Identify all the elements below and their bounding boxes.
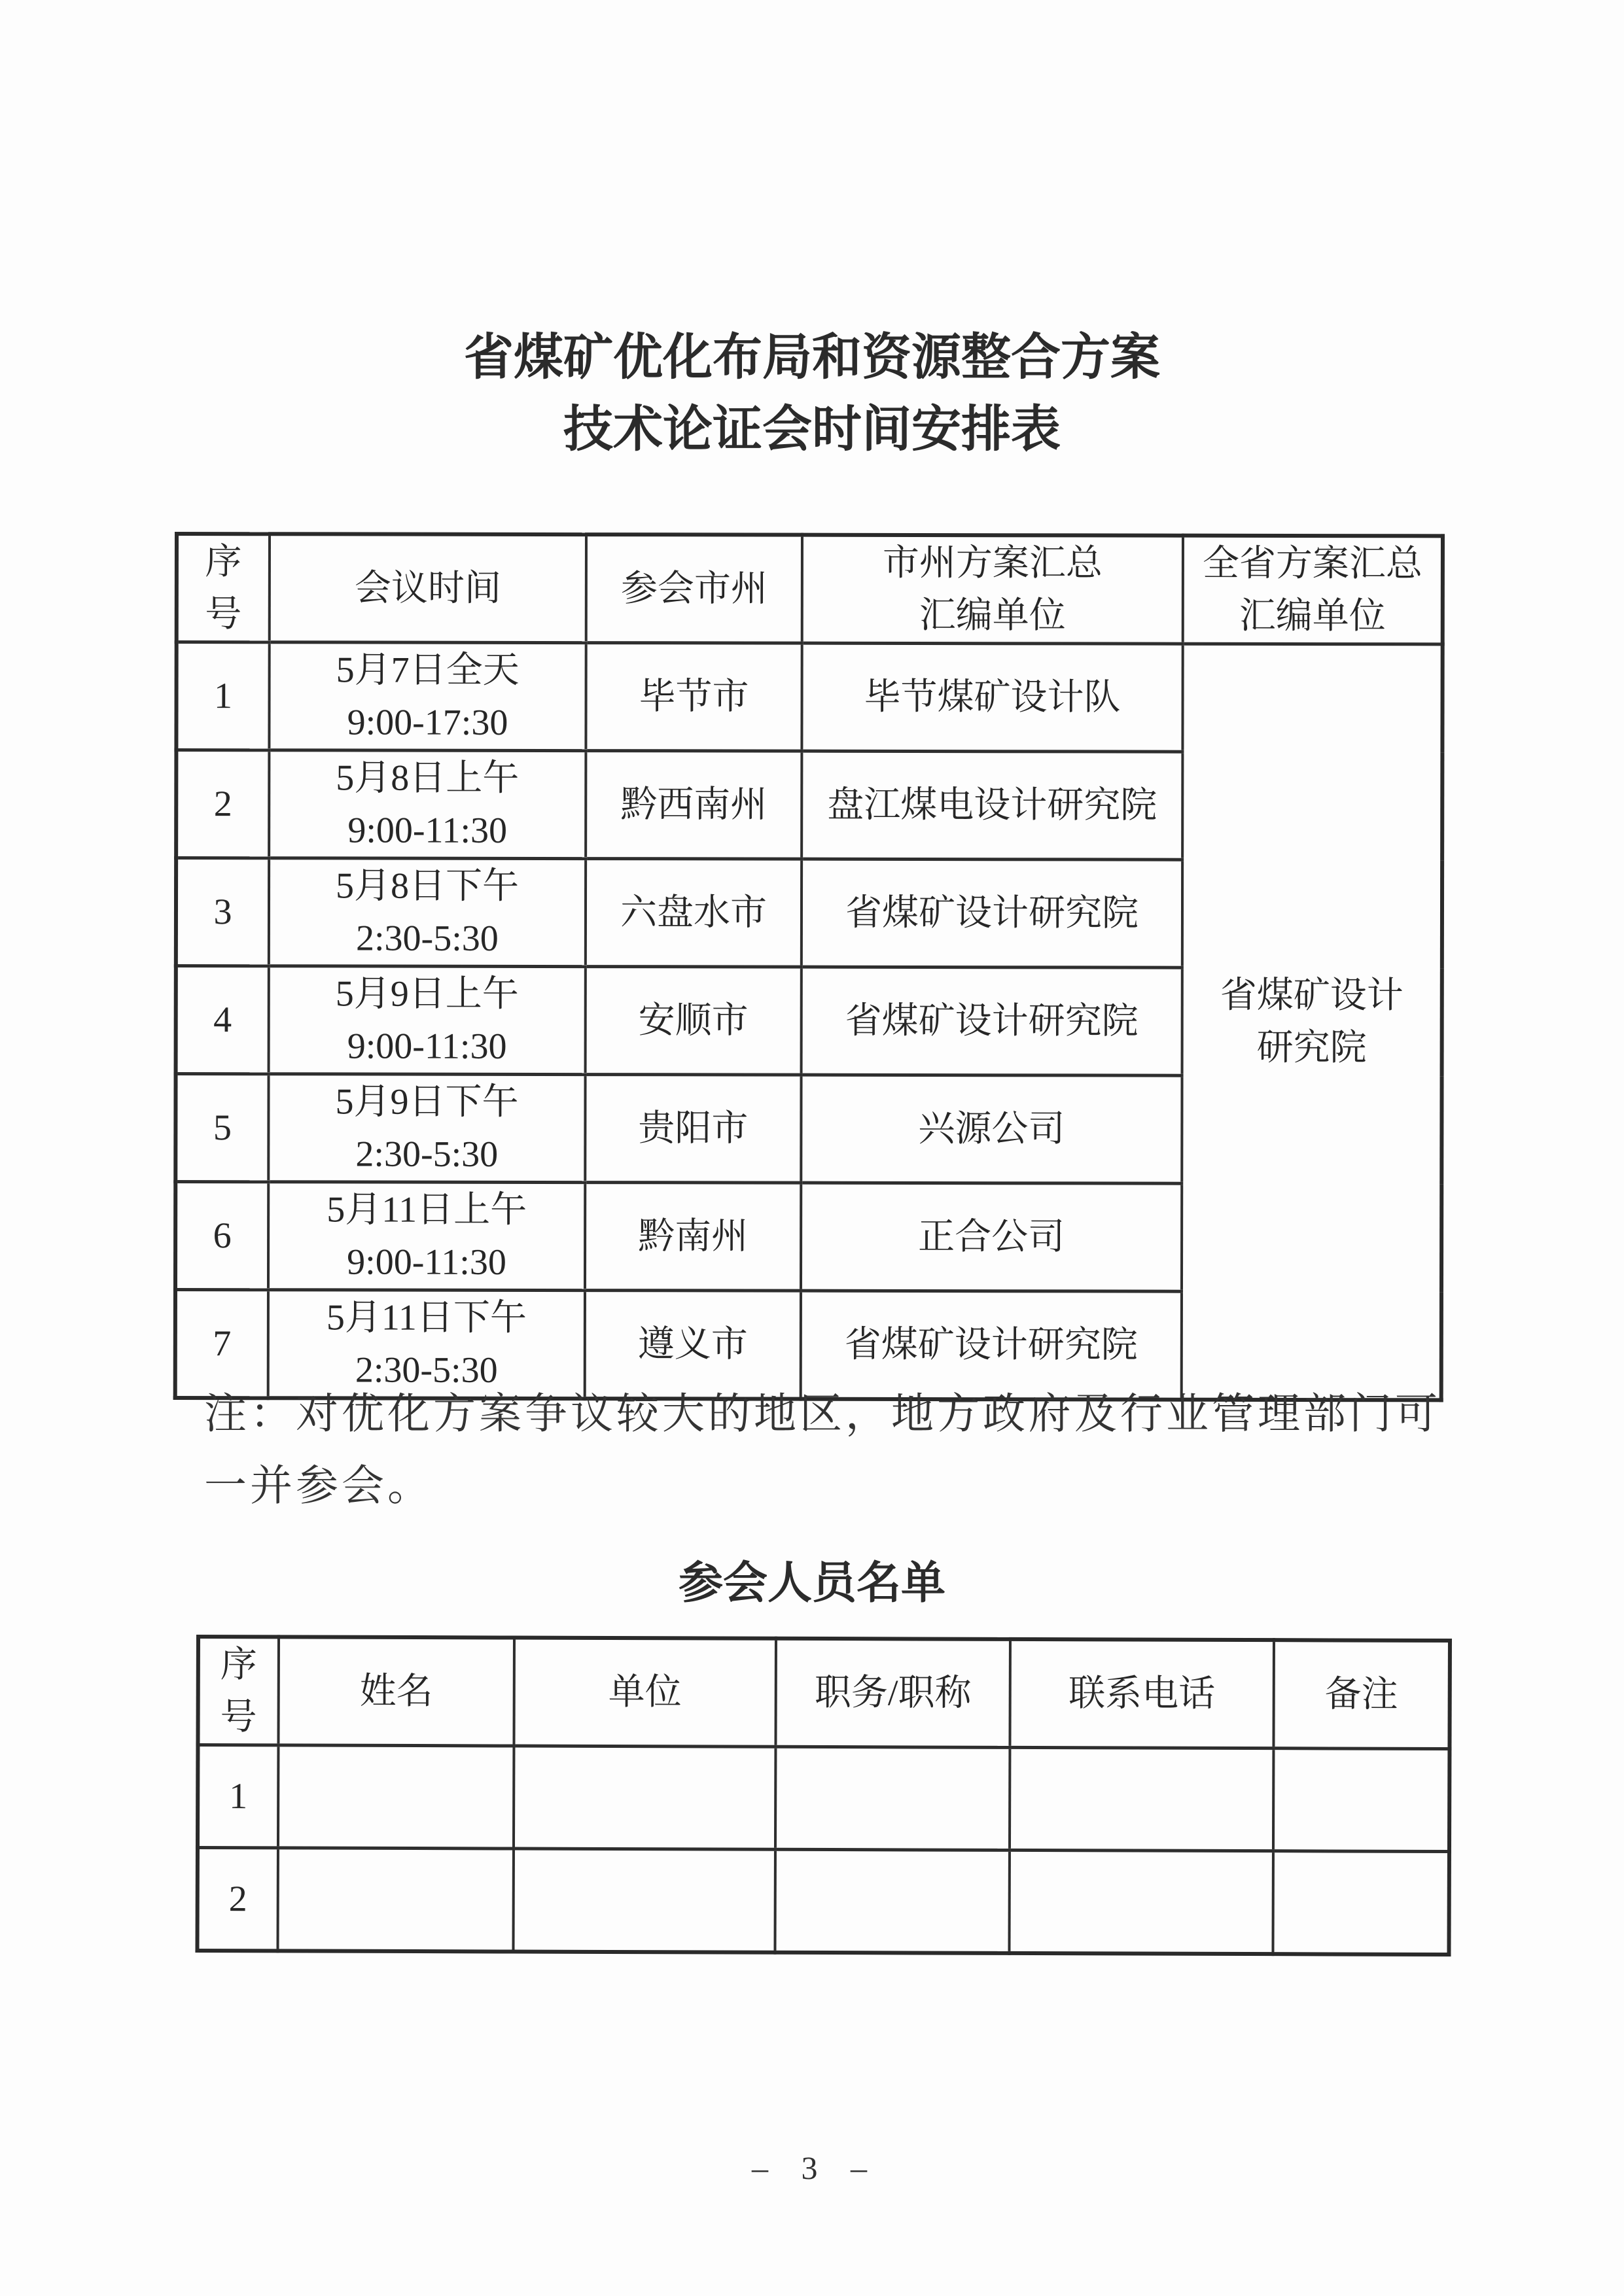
compiler-cell: 毕节煤矿设计队 — [802, 643, 1182, 752]
position-cell-empty — [775, 1849, 1009, 1953]
note-line2: 一并参会。 — [204, 1453, 433, 1519]
col-header-name: 姓名 — [278, 1637, 514, 1746]
time-cell: 5月11日上午 9:00-11:30 — [268, 1182, 585, 1291]
compiler-cell: 省煤矿设计研究院 — [802, 859, 1182, 967]
time-cell: 5月7日全天 9:00-17:30 — [269, 642, 586, 751]
roster-table: 序 号 姓名 单位 职务/职称 联系电话 备注 1 2 — [195, 1635, 1452, 1957]
document-title-line1: 省煤矿优化布局和资源整合方案 — [0, 322, 1624, 394]
roster-section-title: 参会人员名单 — [0, 1554, 1624, 1612]
name-cell-empty — [278, 1745, 514, 1849]
seq-cell: 1 — [176, 642, 269, 750]
name-cell-empty — [277, 1848, 513, 1951]
document-title: 省煤矿优化布局和资源整合方案 技术论证会时间安排表 — [0, 322, 1624, 466]
unit-cell-empty — [514, 1746, 775, 1849]
time-cell: 5月9日下午 2:30-5:30 — [268, 1074, 585, 1183]
col-header-remark: 备注 — [1273, 1640, 1450, 1748]
col-header-city-compiler: 市州方案汇总 汇编单位 — [802, 535, 1183, 644]
col-header-phone: 联系电话 — [1010, 1639, 1274, 1748]
phone-cell-empty — [1010, 1747, 1273, 1851]
phone-cell-empty — [1009, 1850, 1273, 1953]
time-cell: 5月8日下午 2:30-5:30 — [269, 858, 586, 967]
note-line1: 注：对优化方案争议较大的地区，地方政府及行业管理部门可 — [204, 1382, 1441, 1447]
compiler-cell: 兴源公司 — [801, 1075, 1182, 1183]
roster-row: 1 — [198, 1745, 1449, 1852]
roster-header-row: 序 号 姓名 单位 职务/职称 联系电话 备注 — [198, 1637, 1450, 1749]
scanned-document-page: 省煤矿优化布局和资源整合方案 技术论证会时间安排表 序 号 会议时间 参会市州 … — [0, 0, 1624, 2296]
city-cell: 六盘水市 — [586, 859, 802, 967]
schedule-table: 序 号 会议时间 参会市州 市州方案汇总 汇编单位 全省方案汇总 汇编单位 1 … — [173, 532, 1445, 1402]
schedule-row: 1 5月7日全天 9:00-17:30 毕节市 毕节煤矿设计队 省煤矿设计 研究… — [176, 642, 1442, 752]
seq-cell: 2 — [176, 750, 269, 858]
compiler-cell: 盘江煤电设计研究院 — [802, 751, 1182, 860]
col-header-position: 职务/职称 — [775, 1639, 1010, 1748]
col-header-seq: 序 号 — [198, 1637, 279, 1745]
seq-cell: 2 — [197, 1848, 277, 1951]
time-cell: 5月9日上午 9:00-11:30 — [269, 966, 586, 1075]
city-cell: 黔南州 — [585, 1183, 801, 1291]
schedule-header-row: 序 号 会议时间 参会市州 市州方案汇总 汇编单位 全省方案汇总 汇编单位 — [177, 534, 1443, 644]
province-compiler-merged-cell: 省煤矿设计 研究院 — [1182, 644, 1443, 1400]
col-header-attending-city: 参会市州 — [586, 534, 802, 643]
seq-cell: 1 — [198, 1745, 278, 1848]
col-header-meeting-time: 会议时间 — [270, 534, 586, 642]
city-cell: 贵阳市 — [585, 1075, 801, 1183]
position-cell-empty — [775, 1747, 1010, 1850]
page-number: – 3 – — [0, 2149, 1624, 2187]
seq-cell: 3 — [176, 858, 269, 966]
time-cell: 5月8日上午 9:00-11:30 — [269, 750, 586, 859]
compiler-cell: 省煤矿设计研究院 — [802, 967, 1182, 1075]
seq-cell: 6 — [175, 1182, 268, 1290]
col-header-unit: 单位 — [514, 1638, 776, 1747]
col-header-province-compiler: 全省方案汇总 汇编单位 — [1183, 536, 1443, 644]
roster-row: 2 — [197, 1848, 1449, 1955]
col-header-seq: 序 号 — [177, 534, 270, 642]
seq-cell: 5 — [175, 1074, 268, 1182]
document-title-line2: 技术论证会时间安排表 — [0, 394, 1624, 466]
city-cell: 毕节市 — [586, 643, 802, 752]
city-cell: 黔西南州 — [586, 751, 802, 860]
seq-cell: 4 — [176, 966, 269, 1074]
compiler-cell: 正合公司 — [801, 1183, 1182, 1291]
city-cell: 安顺市 — [586, 967, 802, 1075]
remark-cell-empty — [1273, 1748, 1449, 1852]
unit-cell-empty — [513, 1849, 775, 1952]
remark-cell-empty — [1273, 1851, 1449, 1955]
